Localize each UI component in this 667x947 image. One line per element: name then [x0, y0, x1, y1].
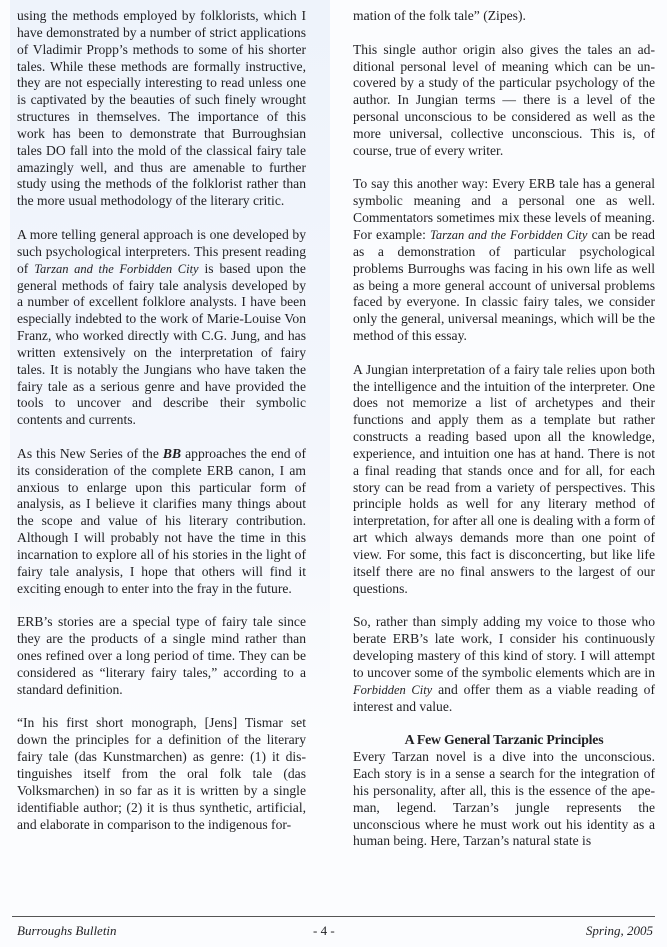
text-run: is based upon the general methods of fai…	[17, 261, 306, 428]
text-run: can be read as a demonstration of partic…	[353, 227, 655, 343]
book-title: Forbidden City	[353, 683, 432, 697]
paragraph-new-series: As this New Series of the BB approaches …	[17, 446, 306, 598]
paragraph-rather-than: So, rather than simply adding my voice t…	[353, 614, 655, 715]
footer-page-number: - 4 -	[313, 923, 335, 939]
paragraph-literary-fairy-tales: ERB’s stories are a special type of fair…	[17, 614, 306, 698]
text-run: As this New Series of the	[17, 446, 163, 461]
paragraph-jungian-interpretation: A Jungian interpretation of a fairy tale…	[353, 362, 655, 598]
paragraph-symbolic-meaning: To say this another way: Every ERB tale …	[353, 176, 655, 344]
paragraph-propp-methods: using the methods employed by folklorist…	[17, 8, 306, 210]
left-column: using the methods employed by folklorist…	[17, 8, 306, 833]
book-title: Tarzan and the Forbidden City	[430, 228, 587, 242]
footer-rule	[12, 916, 655, 917]
right-column: mation of the folk tale” (Zipes). This s…	[353, 8, 655, 850]
bb-abbreviation: BB	[163, 446, 181, 461]
paragraph-tarzan-principles: Every Tarzan novel is a dive into the un…	[353, 749, 655, 850]
paragraph-zipes-citation: mation of the folk tale” (Zipes).	[353, 8, 655, 25]
footer-publication: Burroughs Bulletin	[17, 923, 117, 939]
book-title: Tarzan and the Forbidden City	[34, 262, 198, 276]
text-run: approaches the end of its consideration …	[17, 446, 306, 596]
section-heading: A Few General Tarzanic Principles	[353, 732, 655, 749]
text-run: So, rather than simply adding my voice t…	[353, 614, 655, 680]
footer-issue-date: Spring, 2005	[586, 923, 653, 939]
paragraph-tismar-quote: “In his first short monograph, [Jens] Ti…	[17, 715, 306, 833]
paragraph-single-author: This single author origin also gives the…	[353, 42, 655, 160]
paragraph-psychological-approach: A more telling general approach is one d…	[17, 227, 306, 429]
